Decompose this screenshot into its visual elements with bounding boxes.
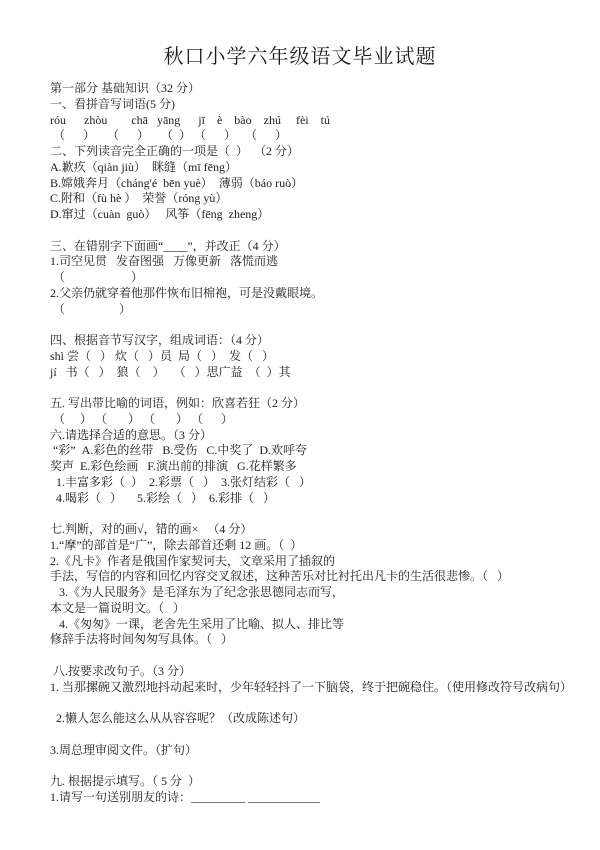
document-line: 三、在错别字下面画“____”，并改正（4 分） xyxy=(50,239,592,255)
document-line: 八.按要求改句子。（3 分） xyxy=(50,664,592,680)
document-line: （ ） （ ） （ ） （ ） xyxy=(50,412,592,428)
document-line: 1.请写一句送别朋友的诗：_________ ____________ xyxy=(50,790,592,806)
document-line xyxy=(50,380,592,396)
document-line: 4.《匆匆》一课，老舍先生采用了比喻、拟人、排比等 xyxy=(50,617,592,633)
document-line: 二、下列读音完全正确的一项是（ ） （2 分） xyxy=(50,144,592,160)
document-line: 本文是一篇说明文。（ ） xyxy=(50,601,592,617)
document-line: C.附和（fù hè ） 荣誉（róng yù） xyxy=(50,191,592,207)
page-title: 秋口小学六年级语文毕业试题 xyxy=(0,0,600,69)
document-line xyxy=(50,223,592,239)
document-line: róu zhòu chā yāng jī è bào zhú fèi tú xyxy=(50,113,592,129)
document-line: 1.丰富多彩（ ） 2.彩票（ ） 3.张灯结彩（ ） xyxy=(50,475,592,491)
document-line: 1.“摩”的部首是“广”，除去部首还剩 12 画。（ ） xyxy=(50,538,592,554)
document-line: 一、看拼音写词语(5 分) xyxy=(50,97,592,113)
document-line xyxy=(50,506,592,522)
document-line: 2.《凡卡》作者是俄国作家契诃夫，文章采用了插叙的 xyxy=(50,554,592,570)
document-line: jí 书（ ） 狼（ ） （ ）思广益 （ ）其 xyxy=(50,365,592,381)
document-line: “彩” A.彩色的丝带 B.受伤 C.中奖了 D.欢呼夸 xyxy=(50,443,592,459)
document-line: 四、根据音节写汉字，组成词语：（4 分） xyxy=(50,333,592,349)
document-line: 第一部分 基础知识（32 分） xyxy=(50,81,592,97)
document-line: 修辞手法将时间匆匆写具体。（ ） xyxy=(50,632,592,648)
document-line: D.窜过（cuàn guò） 风筝（fēng zheng） xyxy=(50,207,592,223)
document-line: 3.周总理审阅文件。（扩句） xyxy=(50,743,592,759)
document-line: 3.《为人民服务》是毛泽东为了纪念张思德同志而写， xyxy=(50,585,592,601)
document-line xyxy=(50,317,592,333)
document-line: A.歉疚（qiàn jiù） 眯缝（mī fēng） xyxy=(50,160,592,176)
document-line: 2.懒人怎么能这么从从容容呢？（改成陈述句） xyxy=(50,711,592,727)
document-line xyxy=(50,695,592,711)
document-line xyxy=(50,758,592,774)
document-line: 手法，写信的内容和回忆内容交叉叙述，这种苦乐对比衬托出凡卡的生活很悲惨。（ ） xyxy=(50,569,592,585)
exam-paper-page: 秋口小学六年级语文毕业试题 第一部分 基础知识（32 分）一、看拼音写词语(5 … xyxy=(0,0,600,850)
document-line: （ ） xyxy=(50,270,592,286)
document-line: 1.司空见贯 发奋图强 万像更新 落慌而逃 xyxy=(50,254,592,270)
document-line: shì 尝（ ） 炊（ ）员 局（ ） 发（ ） xyxy=(50,349,592,365)
document-line: （ ） xyxy=(50,302,592,318)
document-line: 4.喝彩（ ） 5.彩绘（ ） 6.彩排（ ） xyxy=(50,491,592,507)
document-line: B.嫦娥奔月（cháng'é bēn yuè） 薄弱（báo ruò） xyxy=(50,176,592,192)
document-line: 1. 当那摞碗又激烈地抖动起来时，少年轻轻抖了一下脑袋，终于把碗稳住。（使用修改… xyxy=(50,680,592,696)
document-line: 七.判断，对的画√，错的画× （4 分） xyxy=(50,522,592,538)
document-line xyxy=(50,727,592,743)
document-line: （ ） （ ） （ ） （ ） （ ） xyxy=(50,128,592,144)
document-line: 五. 写出带比喻的词语，例如：欣喜若狂（2 分） xyxy=(50,396,592,412)
document-line: 2.父亲仍就穿着他那件恢布旧棉袍，可是没戴眼境。 xyxy=(50,286,592,302)
document-line: 九. 根据提示填写。（ 5 分 ） xyxy=(50,774,592,790)
document-line: 六.请选择合适的意思。（3 分） xyxy=(50,428,592,444)
document-line: 奖声 E.彩色绘画 F.演出前的排演 G.花样繁多 xyxy=(50,459,592,475)
document-line xyxy=(50,648,592,664)
document-body: 第一部分 基础知识（32 分）一、看拼音写词语(5 分)róu zhòu chā… xyxy=(0,81,600,806)
